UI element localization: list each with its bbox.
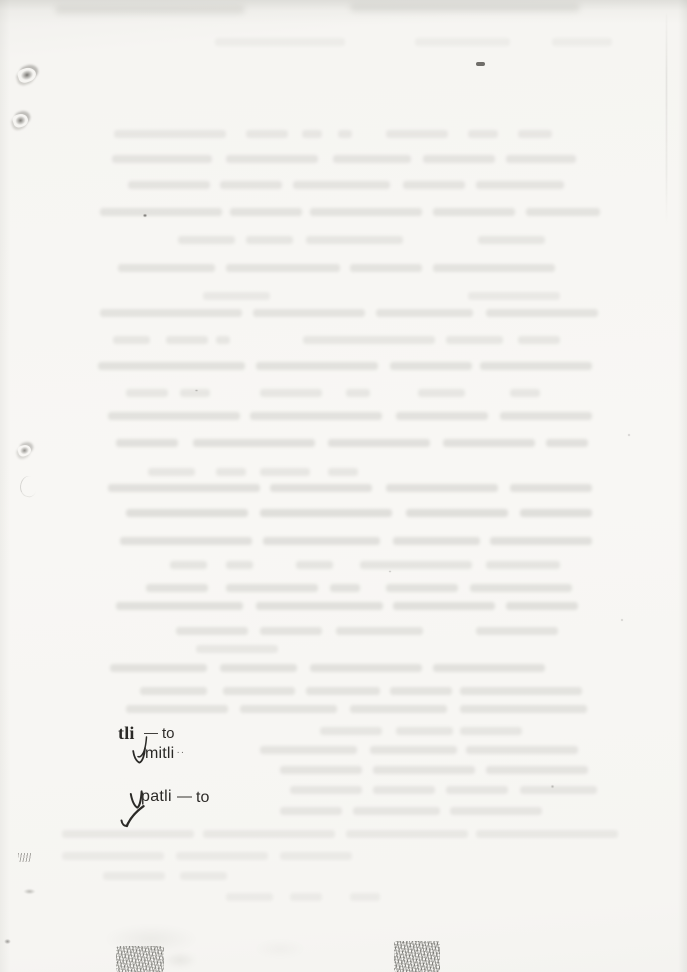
- trailing-dots: ··: [176, 747, 185, 758]
- mitli-text: mitli: [145, 745, 174, 762]
- dash: —: [144, 724, 158, 740]
- smudge-layer: [0, 0, 687, 972]
- pencil-smudge: [394, 941, 440, 972]
- headword-tli: tli: [118, 723, 135, 744]
- dash: —: [177, 788, 192, 805]
- gloss-to: to: [162, 725, 175, 742]
- pencil-haze: [160, 950, 200, 970]
- scanned-page: tli — to mitli·· patli — to: [0, 0, 687, 972]
- word-patli: patli: [141, 788, 172, 806]
- word-mitli: mitli··: [145, 745, 185, 763]
- pencil-smudge: [116, 946, 164, 972]
- pencil-haze: [250, 938, 310, 960]
- gloss-to: to: [196, 789, 209, 807]
